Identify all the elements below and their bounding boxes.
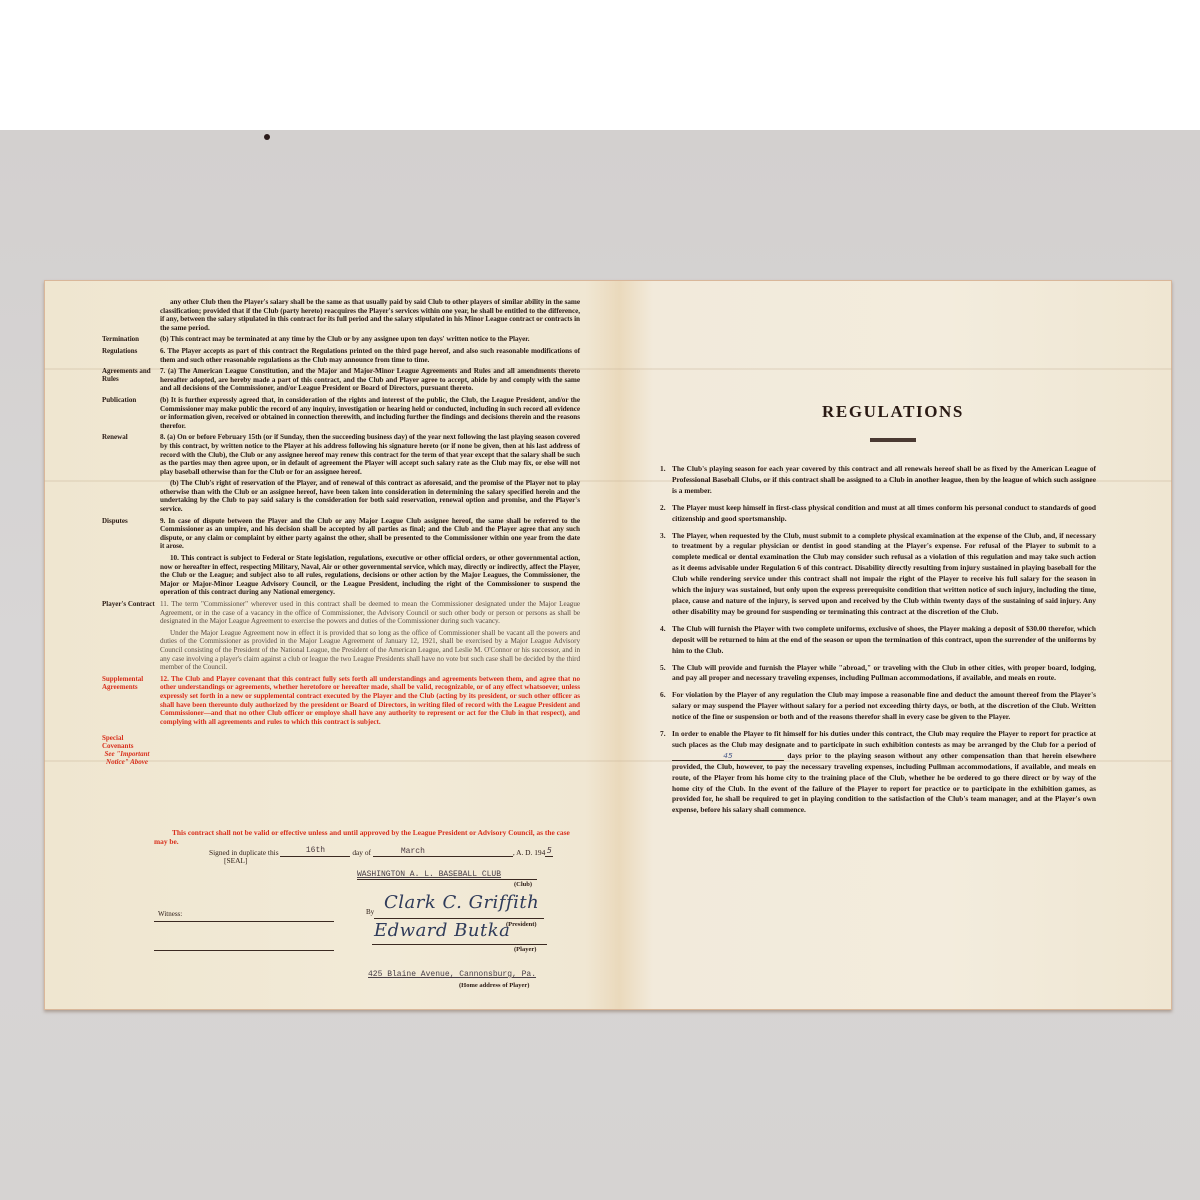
regulation-number: 4. — [660, 624, 672, 657]
clause-margin-label: Disputes — [102, 517, 160, 551]
contract-clause: Regulations6. The Player accepts as part… — [102, 347, 580, 364]
clause-margin-label: Player's Contract — [102, 600, 160, 626]
regulation-text: In order to enable the Player to fit him… — [672, 729, 1096, 816]
president-signature: Clark C. Griffith — [384, 892, 539, 913]
witness-line-1 — [154, 921, 334, 922]
regulation-number: 5. — [660, 663, 672, 685]
regulation-item: 5.The Club will provide and furnish the … — [660, 663, 1096, 685]
by-label: By — [366, 908, 374, 916]
club-caption: (Club) — [514, 881, 532, 888]
contract-clause: Under the Major League Agreement now in … — [102, 629, 580, 672]
special-covenants-label: Special Covenants — [102, 734, 134, 750]
clause-margin-label — [102, 298, 160, 332]
day-of-label: day of — [352, 848, 371, 857]
player-signature: Edward Butka — [374, 920, 510, 941]
regulation-item: 3.The Player, when requested by the Club… — [660, 531, 1096, 618]
clause-text: 11. The term "Commissioner" wherever use… — [160, 600, 580, 626]
title-rule — [870, 438, 916, 442]
regulation-item: 4.The Club will furnish the Player with … — [660, 624, 1096, 657]
clause-margin-label — [102, 629, 160, 672]
regulation-item: 2.The Player must keep himself in first-… — [660, 503, 1096, 525]
clause-margin-label: Publication — [102, 396, 160, 430]
contract-page: any other Club then the Player's salary … — [44, 280, 604, 1010]
witness-line-2 — [154, 950, 334, 951]
contract-clause: Renewal8. (a) On or before February 15th… — [102, 433, 580, 476]
clause-text: (b) This contract may be terminated at a… — [160, 335, 580, 344]
contract-clause: Player's Contract11. The term "Commissio… — [102, 600, 580, 626]
clause-margin-label: Supplemental Agreements — [102, 675, 160, 727]
clause-text: 6. The Player accepts as part of this co… — [160, 347, 580, 364]
regulation-text: The Player, when requested by the Club, … — [672, 531, 1096, 618]
regulation-text: The Club will provide and furnish the Pl… — [672, 663, 1096, 685]
contract-clause: Publication(b) It is further expressly a… — [102, 396, 580, 430]
contract-folder: any other Club then the Player's salary … — [44, 280, 1172, 1010]
clause-text: 7. (a) The American League Constitution,… — [160, 367, 580, 393]
address-caption: (Home address of Player) — [459, 982, 529, 989]
regulation-text: The Club's playing season for each year … — [672, 464, 1096, 497]
witness-label: Witness: — [158, 910, 182, 918]
seal-label: [SEAL] — [224, 856, 247, 865]
regulation-number: 2. — [660, 503, 672, 525]
year-label: , A. D. 194 — [513, 848, 545, 857]
clause-margin-label — [102, 479, 160, 513]
player-signature-line — [372, 944, 547, 945]
clause-text: 9. In case of dispute between the Player… — [160, 517, 580, 551]
contract-clause: any other Club then the Player's salary … — [102, 298, 580, 332]
clause-text: 8. (a) On or before February 15th (or if… — [160, 433, 580, 476]
club-name-field: WASHINGTON A. L. BASEBALL CLUB — [357, 870, 537, 880]
regulations-list: 1.The Club's playing season for each yea… — [660, 464, 1096, 822]
clause-text: 12. The Club and Player covenant that th… — [160, 675, 580, 727]
clause-text: (b) It is further expressly agreed that,… — [160, 396, 580, 430]
regulations-title: REGULATIONS — [614, 402, 1172, 422]
practice-days-field: 45 — [672, 751, 784, 761]
clause-margin-label: Renewal — [102, 433, 160, 476]
clause-margin-label: Termination — [102, 335, 160, 344]
important-notice-note: See "Important Notice" Above — [102, 750, 152, 766]
contract-clause: Agreements and Rules7. (a) The American … — [102, 367, 580, 393]
validity-note: This contract shall not be valid or effe… — [154, 829, 584, 846]
regulation-text-part: In order to enable the Player to fit him… — [672, 729, 1096, 749]
special-covenants: Special CovenantsSee "Important Notice" … — [102, 734, 580, 766]
speck — [264, 134, 270, 140]
signed-month-field: March — [373, 847, 513, 857]
president-caption: (President) — [506, 921, 537, 928]
contract-clause: Disputes9. In case of dispute between th… — [102, 517, 580, 551]
regulation-text: For violation by the Player of any regul… — [672, 690, 1096, 723]
regulation-text: The Club will furnish the Player with tw… — [672, 624, 1096, 657]
contract-clause: Termination(b) This contract may be term… — [102, 335, 580, 344]
clause-margin-label: Agreements and Rules — [102, 367, 160, 393]
regulation-number: 3. — [660, 531, 672, 618]
contract-clause: 10. This contract is subject to Federal … — [102, 554, 580, 597]
contract-clause: Supplemental Agreements12. The Club and … — [102, 675, 580, 727]
president-signature-line — [374, 918, 544, 919]
clause-text: Under the Major League Agreement now in … — [160, 629, 580, 672]
regulation-item: 1.The Club's playing season for each yea… — [660, 464, 1096, 497]
contract-clause: (b) The Club's right of reservation of t… — [102, 479, 580, 513]
year-digit: 5 — [545, 846, 553, 857]
signed-day-field: 16th — [280, 846, 350, 857]
clause-text: (b) The Club's right of reservation of t… — [160, 479, 580, 513]
signing-date-line: Signed in duplicate this 16th day of Mar… — [209, 846, 553, 857]
regulation-item: 7. In order to enable the Player to fit … — [660, 729, 1096, 816]
player-caption: (Player) — [514, 946, 536, 953]
regulation-text: The Player must keep himself in first-cl… — [672, 503, 1096, 525]
clause-text: any other Club then the Player's salary … — [160, 298, 580, 332]
regulation-item: 6.For violation by the Player of any reg… — [660, 690, 1096, 723]
regulation-number: 6. — [660, 690, 672, 723]
regulation-number: 7. — [660, 729, 672, 816]
regulations-page: REGULATIONS 1.The Club's playing season … — [614, 280, 1172, 1010]
clause-text: 10. This contract is subject to Federal … — [160, 554, 580, 597]
regulation-number: 1. — [660, 464, 672, 497]
clause-margin-label: Regulations — [102, 347, 160, 364]
contract-clauses: any other Club then the Player's salary … — [102, 298, 580, 769]
clause-margin-label — [102, 554, 160, 597]
player-address: 425 Blaine Avenue, Cannonsburg, Pa. — [368, 970, 536, 979]
